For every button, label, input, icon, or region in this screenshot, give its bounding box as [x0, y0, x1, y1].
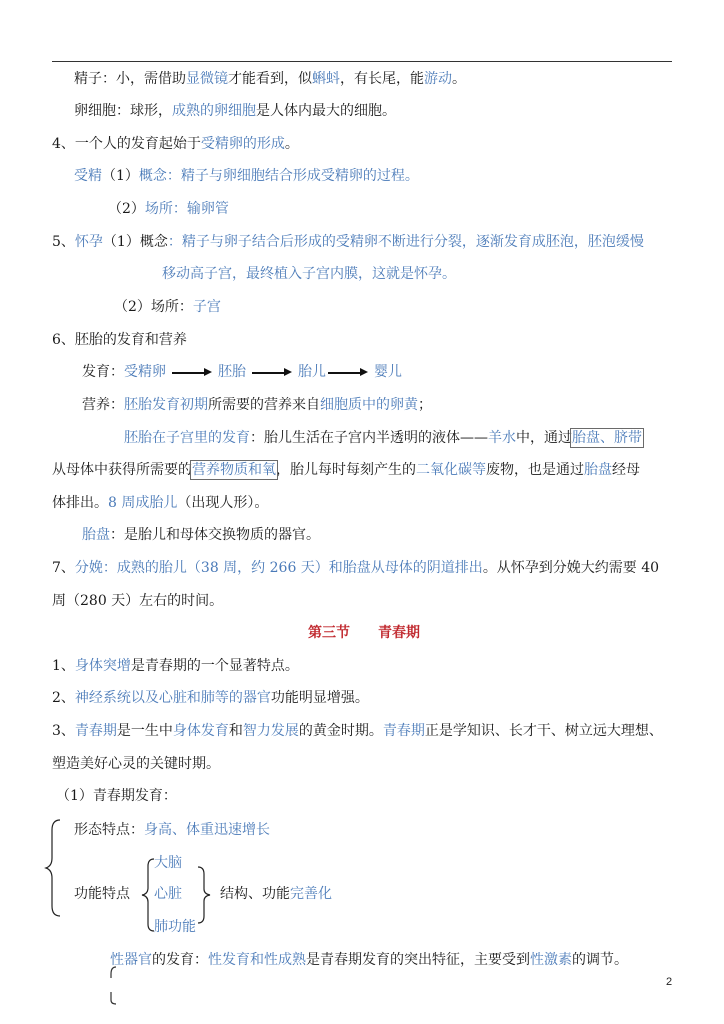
text-segment: 结构、功能 [220, 886, 290, 902]
highlighted-term: 智力发展 [243, 723, 299, 739]
highlighted-term: 胚胎在子宫里的发育 [124, 430, 250, 446]
highlighted-term: 成熟的卵细胞 [172, 103, 256, 119]
text-segment: 正是学知识、长才干、树立远大理想、 [425, 723, 663, 739]
highlighted-term: 8 周成胎儿 [108, 495, 177, 511]
highlighted-term: 青春期 [75, 723, 117, 739]
section-title: 第三节 青春期 [308, 623, 420, 643]
highlighted-term: 移动高子宫，最终植入子宫内膜，这就是怀孕。 [162, 266, 456, 282]
function-result: 结构、功能完善化 [220, 884, 332, 904]
text-segment: 。 [452, 71, 466, 87]
development-flow: 发育：受精卵胚胎胎儿婴儿 [82, 362, 402, 382]
placenta-line: 胎盘：是胎儿和母体交换物质的器官。 [82, 525, 320, 545]
development-label: 发育： [82, 364, 124, 380]
sperm-line: 精子：小，需借助显微镜才能看到，似蝌蚪，有长尾，能游动。 [74, 69, 466, 89]
page-number: 2 [666, 976, 672, 988]
puberty-item-3-line2: 塑造美好心灵的关键时期。 [52, 754, 220, 774]
text-segment: 5、 [52, 234, 75, 250]
function-label: 功能特点 [74, 884, 130, 904]
sex-organ-line: 性器官的发育：性发育和性成熟是青春期发育的突出特征，主要受到性激素的调节。 [110, 950, 628, 970]
text-segment: 第三节 青春期 [308, 625, 420, 641]
highlighted-term: 完善化 [290, 886, 332, 902]
stage-zygote: 受精卵 [124, 364, 166, 380]
puberty-item-1: 1、身体突增是青春期的一个显著特点。 [52, 656, 299, 676]
text-segment: 废物，也是通过 [486, 462, 584, 478]
item-7-line2: 周（280 天）左右的时间。 [52, 591, 223, 611]
text-segment: 的发育： [152, 952, 208, 968]
text-segment: 是一生中 [117, 723, 173, 739]
stage-fetus: 胎儿 [298, 364, 326, 380]
text-segment: 。从怀孕到分娩大约需要 40 [483, 560, 659, 576]
text-segment: （1）青春期发育： [56, 788, 177, 804]
highlighted-term: 场所：输卵管 [145, 201, 229, 217]
text-segment: 塑造美好心灵的关键时期。 [52, 756, 220, 772]
text-segment: 7、 [52, 560, 75, 576]
puberty-item-3-line1: 3、青春期是一生中身体发育和智力发展的黄金时期。青春期正是学知识、长才干、树立远… [52, 721, 663, 741]
boxed-term: 胎盘、脐带 [572, 430, 642, 446]
text-segment: 和 [229, 723, 243, 739]
text-segment: ：胎儿生活在子宫内半透明的液体—— [250, 430, 488, 446]
morphology-line: 形态特点：身高、体重迅速增长 [74, 820, 270, 840]
highlighted-term: 概念：精子与卵细胞结合形成受精卵的过程。 [139, 168, 419, 184]
highlighted-term: 羊水 [488, 430, 516, 446]
highlighted-term: 子宫 [193, 299, 221, 315]
item-5-line2: 移动高子宫，最终植入子宫内膜，这就是怀孕。 [162, 264, 456, 284]
text-segment: 1、 [52, 658, 75, 674]
arrow-right-icon [328, 362, 368, 382]
header-rule [52, 61, 672, 62]
text-segment: 中，通过 [516, 430, 572, 446]
text-segment: 6、胚胎的发育和营养 [52, 332, 187, 348]
text-segment: 的调节。 [572, 952, 628, 968]
highlighted-term: 胎盘 [82, 527, 110, 543]
highlighted-term: 受精 [74, 168, 102, 184]
text-segment: 4、一个人的发育起始于 [52, 136, 201, 152]
highlighted-term: 胚胎发育初期 [124, 397, 208, 413]
text-segment: ，有长尾，能 [340, 71, 424, 87]
item-6: 6、胚胎的发育和营养 [52, 330, 187, 350]
highlighted-term: 身高、体重迅速增长 [144, 822, 270, 838]
text-segment: 经母 [612, 462, 640, 478]
item-5-place: （2）场所：子宫 [114, 297, 221, 317]
highlighted-term: 神经系统以及心脏和肺等的器官 [75, 690, 271, 706]
puberty-item-2: 2、神经系统以及心脏和肺等的器官功能明显增强。 [52, 688, 369, 708]
highlighted-term: 性激素 [530, 952, 572, 968]
uterus-line1: 胚胎在子宫里的发育：胎儿生活在子宫内半透明的液体——羊水中，通过胎盘、脐带 [124, 428, 642, 448]
highlighted-term: 二氧化碳等 [416, 462, 486, 478]
fertilization-concept: 受精（1）概念：精子与卵细胞结合形成受精卵的过程。 [74, 166, 419, 186]
item-4: 4、一个人的发育起始于受精卵的形成。 [52, 134, 299, 154]
arrow-right-icon [252, 362, 292, 382]
stage-embryo: 胚胎 [218, 364, 246, 380]
text-segment: （2）场所： [114, 299, 193, 315]
highlighted-term: 分娩：成熟的胎儿（38 周，约 266 天）和胎盘从母体的阴道排出 [75, 560, 483, 576]
text-segment: 周（280 天）左右的时间。 [52, 593, 223, 609]
highlighted-term: 显微镜 [186, 71, 228, 87]
text-segment: 是人体内最大的细胞。 [256, 103, 396, 119]
organ-lung: 肺功能 [154, 917, 196, 937]
highlighted-term: 身体发育 [173, 723, 229, 739]
text-segment: 3、 [52, 723, 75, 739]
egg-line: 卵细胞：球形，成熟的卵细胞是人体内最大的细胞。 [74, 101, 396, 121]
text-segment: （1） [102, 168, 139, 184]
text-segment: 是青春期发育的突出特征，主要受到 [306, 952, 530, 968]
organ-heart: 心脏 [154, 884, 182, 904]
highlighted-term: 身体突增 [75, 658, 131, 674]
highlighted-term: 细胞质中的卵黄 [320, 397, 418, 413]
organ-brain: 大脑 [154, 853, 182, 873]
text-segment: （2） [108, 201, 145, 217]
text-segment: 精子：小，需借助 [74, 71, 186, 87]
text-segment: （1）概念 [103, 234, 168, 250]
text-segment: 营养： [82, 397, 124, 413]
uterus-line3: 体排出。8 周成胎儿（出现人形）。 [52, 493, 268, 513]
highlighted-term: ：精子与卵子结合后形成的受精卵不断进行分裂，逐渐发育成胚泡，胚泡缓慢 [168, 234, 644, 250]
highlighted-term: 胎盘 [584, 462, 612, 478]
highlighted-term: 怀孕 [75, 234, 103, 250]
highlighted-term: 性发育和性成熟 [208, 952, 306, 968]
text-segment: 功能明显增强。 [271, 690, 369, 706]
puberty-subheading: （1）青春期发育： [56, 786, 177, 806]
highlighted-term: 蝌蚪 [312, 71, 340, 87]
highlighted-term: 受精卵的形成 [201, 136, 285, 152]
text-segment: 体排出。 [52, 495, 108, 511]
fertilization-place: （2）场所：输卵管 [108, 199, 229, 219]
text-segment: 形态特点： [74, 822, 144, 838]
text-segment: 2、 [52, 690, 75, 706]
text-segment: 才能看到，似 [228, 71, 312, 87]
item-7-line1: 7、分娩：成熟的胎儿（38 周，约 266 天）和胎盘从母体的阴道排出。从怀孕到… [52, 558, 659, 578]
text-segment: ：是胎儿和母体交换物质的器官。 [110, 527, 320, 543]
text-segment: 卵细胞：球形， [74, 103, 172, 119]
text-segment: 所需要的营养来自 [208, 397, 320, 413]
text-segment: 的黄金时期。 [299, 723, 383, 739]
uterus-line2: 从母体中获得所需要的营养物质和氧，胎儿每时每刻产生的二氧化碳等废物，也是通过胎盘… [52, 460, 640, 480]
highlighted-term: 游动 [424, 71, 452, 87]
highlighted-term: 青春期 [383, 723, 425, 739]
stage-infant: 婴儿 [374, 364, 402, 380]
boxed-term: 营养物质和氧 [192, 462, 276, 478]
nutrition-line: 营养：胚胎发育初期所需要的营养来自细胞质中的卵黄； [82, 395, 432, 415]
text-segment: ； [418, 397, 432, 413]
text-segment: 从母体中获得所需要的 [52, 462, 192, 478]
arrow-right-icon [172, 362, 212, 382]
item-5-line1: 5、怀孕（1）概念：精子与卵子结合后形成的受精卵不断进行分裂，逐渐发育成胚泡，胚… [52, 232, 644, 252]
text-segment: 是青春期的一个显著特点。 [131, 658, 299, 674]
text-segment: （出现人形）。 [177, 495, 268, 511]
text-segment: ，胎儿每时每刻产生的 [276, 462, 416, 478]
text-segment: 。 [285, 136, 299, 152]
